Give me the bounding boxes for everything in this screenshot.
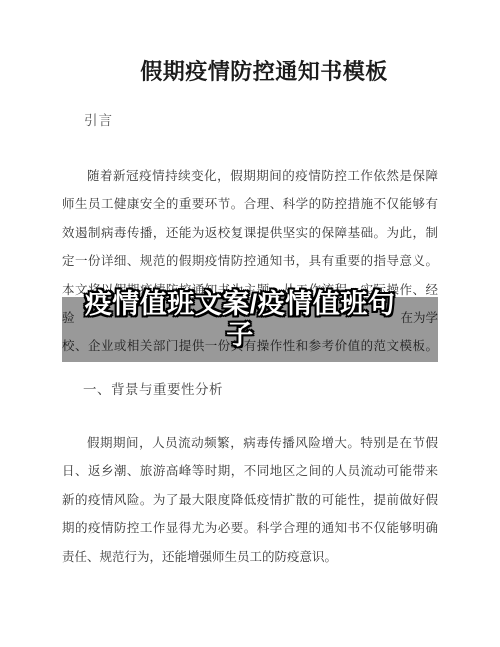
text-line: 期的疫情防控工作显得尤为必要。科学合理的通知书不仅能够明确 — [62, 514, 438, 542]
text-line: 新的疫情风险。为了最大限度降低疫情扩散的可能性，提前做好假 — [62, 486, 438, 514]
text-line: 随着新冠疫情持续变化，假期期间的疫情防控工作依然是保障 — [62, 162, 438, 190]
watermark-title-line1: 疫情值班文案/疫情值班句 — [60, 289, 420, 320]
text-line: 假期期间，人员流动频繁，病毒传播风险增大。特别是在节假 — [62, 429, 438, 457]
text-line: 责任、规范行为，还能增强师生员工的防疫意识。 — [62, 543, 438, 571]
document-page: 假期疫情防控通知书模板 引言 随着新冠疫情持续变化，假期期间的疫情防控工作依然是… — [0, 0, 500, 647]
paragraph-background-analysis: 假期期间，人员流动频繁，病毒传播风险增大。特别是在节假 日、返乡潮、旅游高峰等时… — [62, 429, 438, 571]
text-line: 效遏制病毒传播，还能为返校复课提供坚实的保障基础。为此，制 — [62, 219, 438, 247]
watermark-title-line2: 子 — [60, 320, 420, 351]
text-line: 师生员工健康安全的重要环节。合理、科学的防控措施不仅能够有 — [62, 190, 438, 218]
watermark-title: 疫情值班文案/疫情值班句 子 — [60, 289, 420, 351]
text-line: 定一份详细、规范的假期疫情防控通知书，具有重要的指导意义。 — [62, 247, 438, 275]
section-1-heading: 一、背景与重要性分析 — [83, 381, 223, 398]
intro-heading: 引言 — [84, 112, 113, 130]
document-title: 假期疫情防控通知书模板 — [14, 57, 500, 87]
text-line: 日、返乡潮、旅游高峰等时期，不同地区之间的人员流动可能带来 — [62, 457, 438, 485]
